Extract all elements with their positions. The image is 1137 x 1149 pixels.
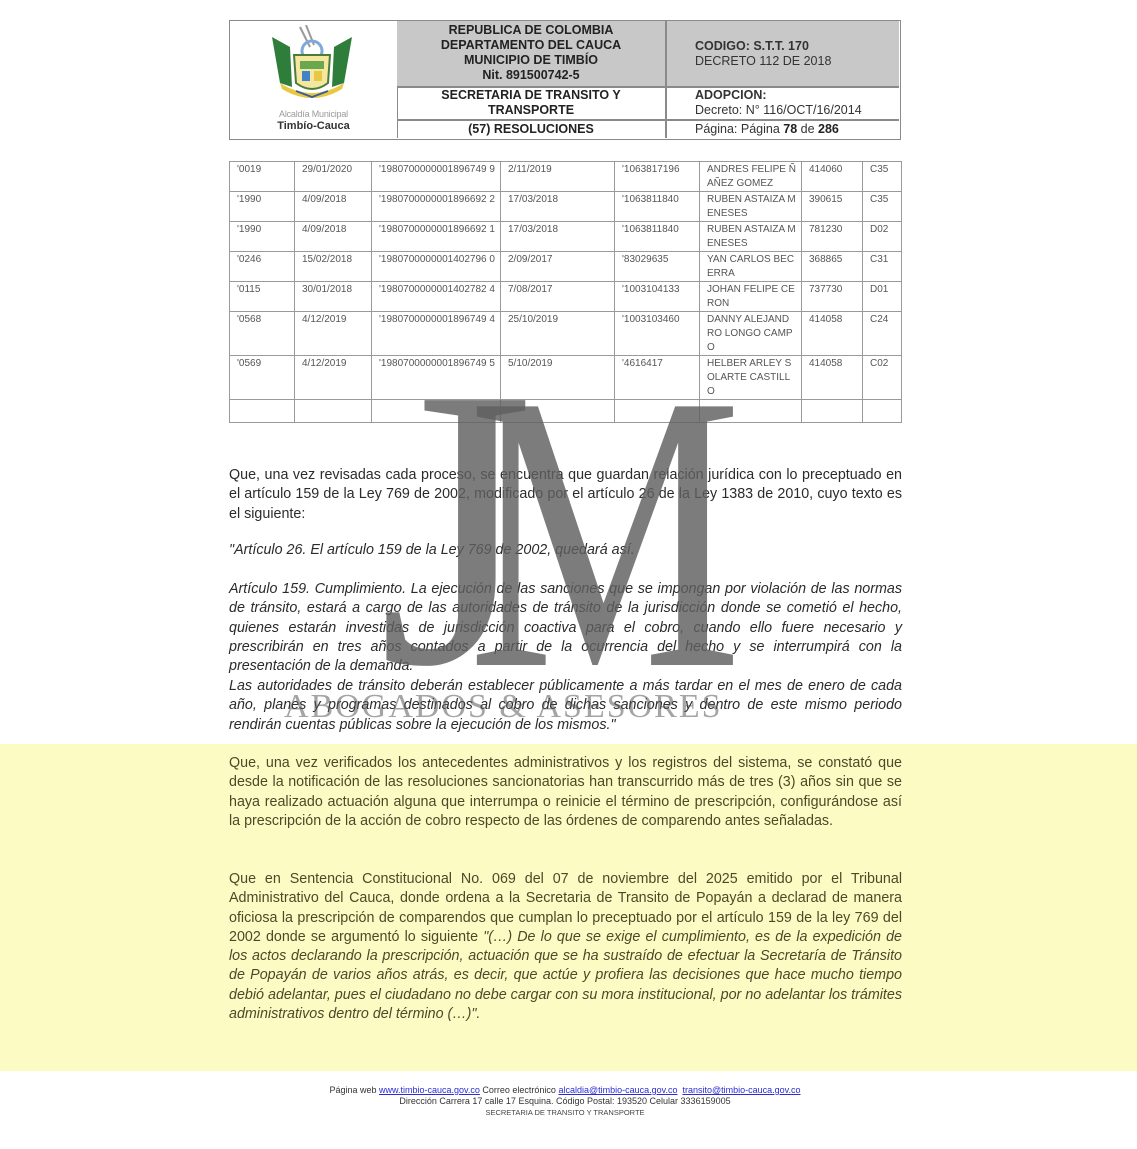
cell-comparendo-no: '1980700000001402782 4 [372, 282, 501, 312]
paragraph-articulo-26: "Artículo 26. El artículo 159 de la Ley … [229, 541, 902, 560]
cell-documento: '1003104133 [615, 282, 700, 312]
table-row: '05694/12/2019'1980700000001896749 55/10… [230, 356, 902, 400]
cell-comparendo-no: '1980700000001896749 5 [372, 356, 501, 400]
footer-email-alcaldia-link[interactable]: alcaldia@timbio-cauca.gov.co [558, 1085, 677, 1095]
paragraph-revision: Que, una vez revisadas cada proceso, se … [229, 466, 902, 524]
cell-fecha-resolucion: 4/09/2018 [295, 192, 372, 222]
cell-fecha-comparendo: 5/10/2019 [501, 356, 615, 400]
cell-resolucion-no [230, 400, 295, 423]
table-row [230, 400, 902, 423]
cell-fecha-comparendo: 7/08/2017 [501, 282, 615, 312]
cell-resolucion-no: '1990 [230, 192, 295, 222]
cell-codigo-infraccion: C35 [863, 192, 902, 222]
cell-resolucion-no: '0569 [230, 356, 295, 400]
cell-resolucion-no: '1990 [230, 222, 295, 252]
header-divider-2 [397, 119, 899, 121]
header-municipio: MUNICIPIO DE TIMBÍO [398, 53, 664, 68]
cell-infractor: YAN CARLOS BECERRA [700, 252, 802, 282]
cell-fecha-comparendo: 17/03/2018 [501, 222, 615, 252]
cell-fecha-resolucion: 15/02/2018 [295, 252, 372, 282]
header-secretaria-block: SECRETARIA DE TRANSITO Y TRANSPORTE [398, 88, 664, 118]
cell-comparendo-no: '1980700000001896692 1 [372, 222, 501, 252]
footer-email-label: Correo electrónico [480, 1085, 559, 1095]
logo-cell: Alcaldía Municipal Timbío-Cauca [230, 21, 398, 138]
cell-codigo-infraccion [863, 400, 902, 423]
paragraph-articulo-159: Artículo 159. Cumplimiento. La ejecución… [229, 580, 902, 676]
cell-comparendo-no: '1980700000001402796 0 [372, 252, 501, 282]
footer-office: SECRETARIA DE TRANSITO Y TRANSPORTE [229, 1107, 901, 1118]
cell-infractor: RUBEN ASTAIZA MENESES [700, 222, 802, 252]
cell-fecha-resolucion: 4/12/2019 [295, 312, 372, 356]
cell-fecha-comparendo: 25/10/2019 [501, 312, 615, 356]
header-secretaria-line1: SECRETARIA DE TRANSITO Y [398, 88, 664, 103]
cell-valor [802, 400, 863, 423]
cell-documento [615, 400, 700, 423]
cell-infractor: ANDRES FELIPE ÑAÑEZ GOMEZ [700, 162, 802, 192]
cell-codigo-infraccion: D02 [863, 222, 902, 252]
footer-web-label: Página web [329, 1085, 379, 1095]
cell-infractor: RUBEN ASTAIZA MENESES [700, 192, 802, 222]
cell-infractor: JOHAN FELIPE CERON [700, 282, 802, 312]
cell-codigo-infraccion: C35 [863, 162, 902, 192]
header-republica: REPUBLICA DE COLOMBIA [398, 23, 664, 38]
cell-fecha-resolucion: 4/12/2019 [295, 356, 372, 400]
header-codigo: CODIGO: S.T.T. 170 [695, 39, 895, 54]
cell-resolucion-no: '0246 [230, 252, 295, 282]
cell-documento: '1063811840 [615, 192, 700, 222]
header-secretaria-line2: TRANSPORTE [398, 103, 664, 118]
page-current: 78 [783, 122, 797, 136]
header-page-number: Página: Página 78 de 286 [695, 122, 895, 137]
table-row: '024615/02/2018'1980700000001402796 02/0… [230, 252, 902, 282]
cell-fecha-resolucion: 29/01/2020 [295, 162, 372, 192]
comparendos-table: '001929/01/2020'1980700000001896749 92/1… [229, 161, 902, 423]
cell-comparendo-no: '1980700000001896749 4 [372, 312, 501, 356]
cell-valor: 368865 [802, 252, 863, 282]
cell-resolucion-no: '0568 [230, 312, 295, 356]
header-adopcion-value: Decreto: N° 116/OCT/16/2014 [695, 103, 895, 118]
logo-caption-alcaldia: Alcaldía Municipal [230, 109, 397, 119]
document-header: Alcaldía Municipal Timbío-Cauca REPUBLIC… [229, 20, 901, 140]
paragraph-sentencia: Que en Sentencia Constitucional No. 069 … [229, 870, 902, 1024]
logo-caption-municipio: Timbío-Cauca [230, 120, 397, 132]
document-footer: Página web www.timbio-cauca.gov.co Corre… [229, 1085, 901, 1118]
footer-contact-line: Página web www.timbio-cauca.gov.co Corre… [229, 1085, 901, 1096]
cell-valor: 414060 [802, 162, 863, 192]
paragraph-autoridades: Las autoridades de tránsito deberán esta… [229, 677, 902, 735]
cell-comparendo-no: '1980700000001896692 2 [372, 192, 501, 222]
cell-documento: '1063817196 [615, 162, 700, 192]
cell-documento: '1003103460 [615, 312, 700, 356]
cell-fecha-comparendo: 17/03/2018 [501, 192, 615, 222]
header-departamento: DEPARTAMENTO DEL CAUCA [398, 38, 664, 53]
table-row: '05684/12/2019'1980700000001896749 425/1… [230, 312, 902, 356]
cell-infractor [700, 400, 802, 423]
table-row: '19904/09/2018'1980700000001896692 117/0… [230, 222, 902, 252]
header-entity-block: REPUBLICA DE COLOMBIA DEPARTAMENTO DEL C… [398, 23, 664, 83]
cell-valor: 414058 [802, 356, 863, 400]
footer-email-transito-link[interactable]: transito@timbio-cauca.gov.co [682, 1085, 800, 1095]
page-total: 286 [818, 122, 839, 136]
cell-documento: '1063811840 [615, 222, 700, 252]
cell-fecha-resolucion: 30/01/2018 [295, 282, 372, 312]
cell-fecha-comparendo: 2/09/2017 [501, 252, 615, 282]
cell-fecha-resolucion: 4/09/2018 [295, 222, 372, 252]
cell-codigo-infraccion: D01 [863, 282, 902, 312]
cell-resolucion-no: '0019 [230, 162, 295, 192]
table-row: '19904/09/2018'1980700000001896692 217/0… [230, 192, 902, 222]
header-adopcion-block: ADOPCION: Decreto: N° 116/OCT/16/2014 [695, 88, 895, 118]
cell-fecha-comparendo: 2/11/2019 [501, 162, 615, 192]
cell-codigo-infraccion: C02 [863, 356, 902, 400]
cell-fecha-resolucion [295, 400, 372, 423]
cell-valor: 390615 [802, 192, 863, 222]
header-resoluciones: (57) RESOLUCIONES [398, 122, 664, 137]
cell-documento: '83029635 [615, 252, 700, 282]
cell-valor: 781230 [802, 222, 863, 252]
header-adopcion-label: ADOPCION: [695, 88, 895, 103]
header-codigo-block: CODIGO: S.T.T. 170 DECRETO 112 DE 2018 [695, 39, 895, 69]
cell-codigo-infraccion: C24 [863, 312, 902, 356]
paragraph-verificados: Que, una vez verificados los antecedente… [229, 754, 902, 831]
table-row: '001929/01/2020'1980700000001896749 92/1… [230, 162, 902, 192]
page-of: de [797, 122, 818, 136]
header-decreto: DECRETO 112 DE 2018 [695, 54, 895, 69]
coat-of-arms-icon [262, 25, 362, 110]
cell-infractor: HELBER ARLEY SOLARTE CASTILLO [700, 356, 802, 400]
cell-infractor: DANNY ALEJANDRO LONGO CAMPO [700, 312, 802, 356]
footer-address: Dirección Carrera 17 calle 17 Esquina. C… [229, 1096, 901, 1107]
footer-web-link[interactable]: www.timbio-cauca.gov.co [379, 1085, 480, 1095]
page-prefix: Página: Página [695, 122, 783, 136]
cell-resolucion-no: '0115 [230, 282, 295, 312]
header-nit: Nit. 891500742-5 [398, 68, 664, 83]
cell-valor: 737730 [802, 282, 863, 312]
cell-codigo-infraccion: C31 [863, 252, 902, 282]
cell-documento: '4616417 [615, 356, 700, 400]
cell-comparendo-no: '1980700000001896749 9 [372, 162, 501, 192]
cell-valor: 414058 [802, 312, 863, 356]
table-row: '011530/01/2018'1980700000001402782 47/0… [230, 282, 902, 312]
cell-comparendo-no [372, 400, 501, 423]
cell-fecha-comparendo [501, 400, 615, 423]
